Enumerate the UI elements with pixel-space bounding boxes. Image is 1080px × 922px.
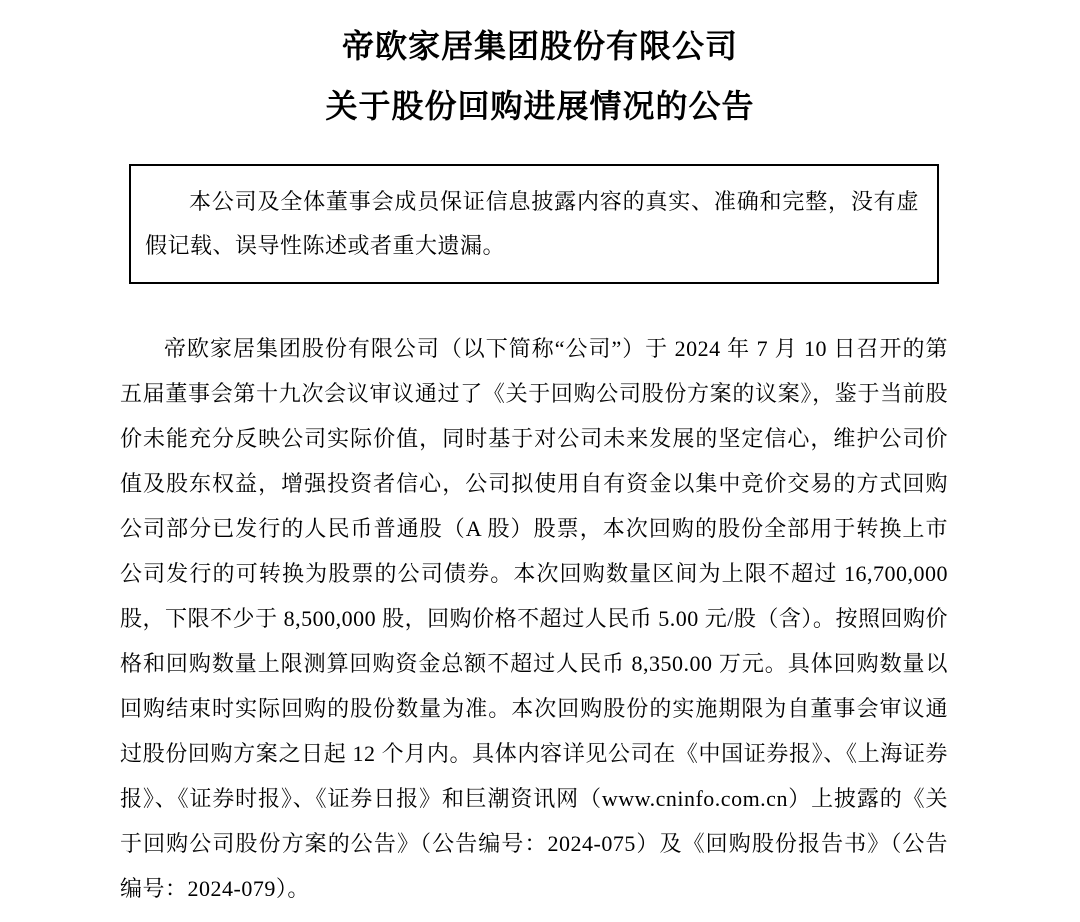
announcement-page: 帝欧家居集团股份有限公司 关于股份回购进展情况的公告 本公司及全体董事会成员保证… [0,0,1080,922]
body-paragraph: 帝欧家居集团股份有限公司（以下简称“公司”）于 2024 年 7 月 10 日召… [120,326,948,911]
disclaimer-box: 本公司及全体董事会成员保证信息披露内容的真实、准确和完整，没有虚假记载、误导性陈… [129,164,939,284]
announcement-title: 关于股份回购进展情况的公告 [0,66,1080,126]
disclaimer-text: 本公司及全体董事会成员保证信息披露内容的真实、准确和完整，没有虚假记载、误导性陈… [145,180,919,268]
company-name-title: 帝欧家居集团股份有限公司 [0,0,1080,66]
